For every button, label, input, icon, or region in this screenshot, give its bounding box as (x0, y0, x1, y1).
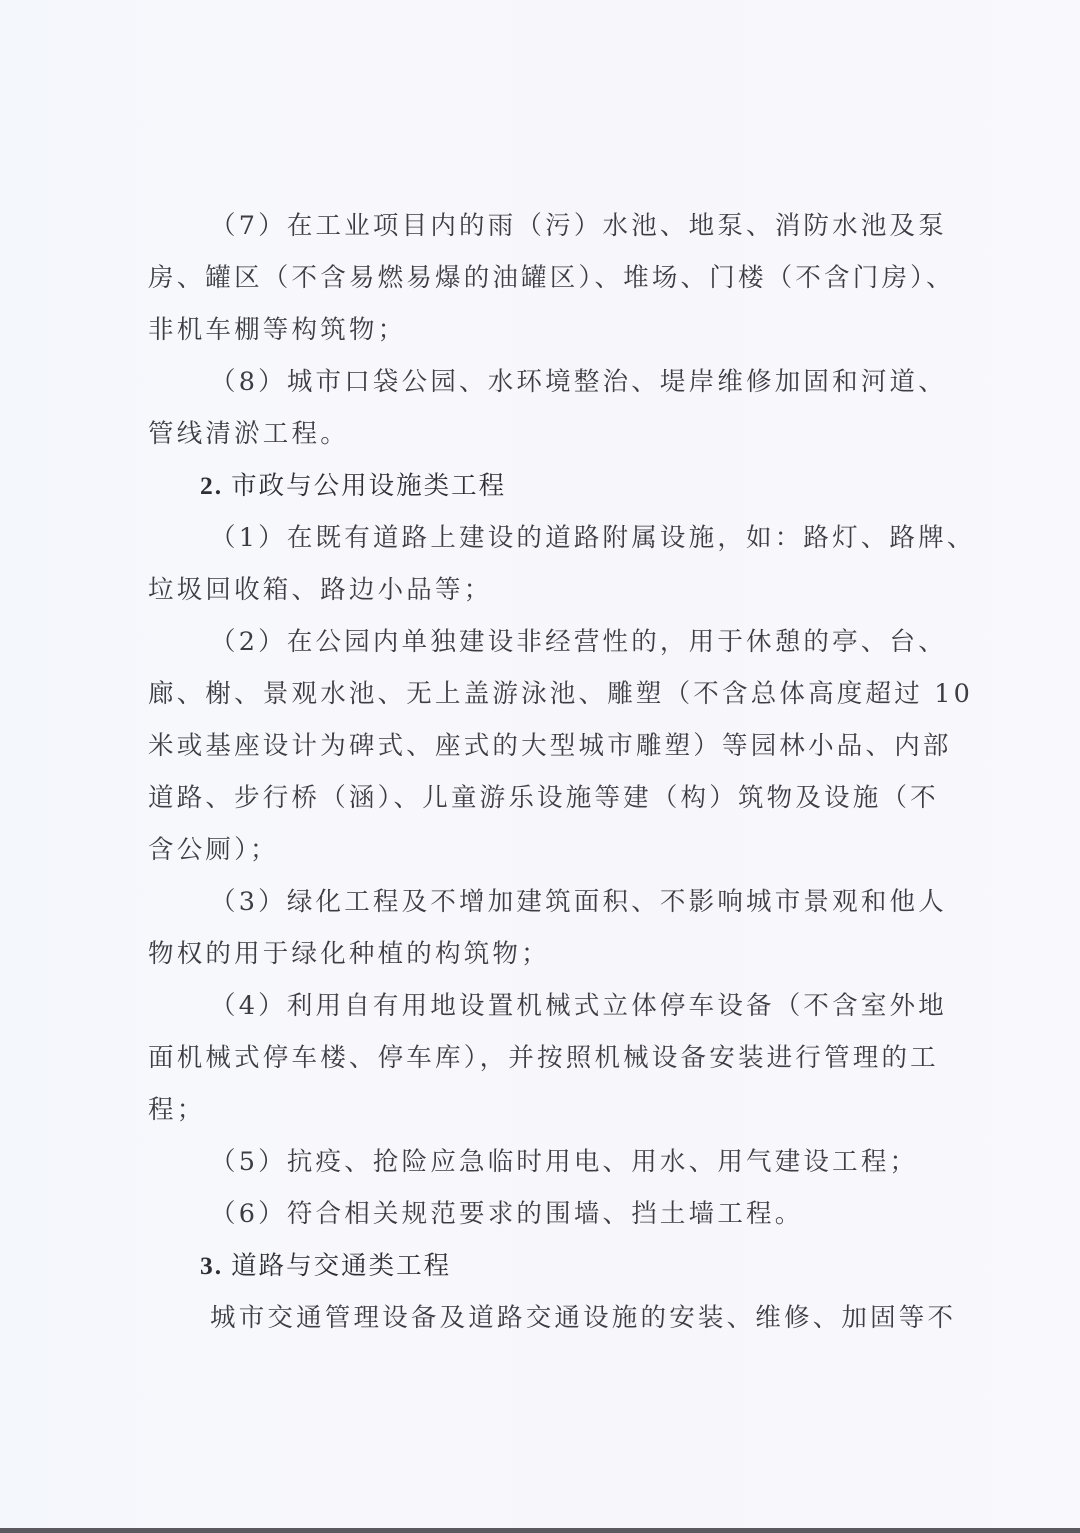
section-title: 道路与交通类工程 (231, 1251, 451, 1281)
paragraph-line: 面机械式停车楼、停车库），并按照机械设备安装进行管理的工 (148, 1032, 939, 1084)
paragraph-line: 米或基座设计为碑式、座式的大型城市雕塑）等园林小品、内部 (148, 720, 952, 772)
paragraph-line: 含公厕）； (148, 824, 279, 876)
paragraph-line: （2）在公园内单独建设非经营性的，用于休憩的亭、台、 (210, 616, 947, 668)
paragraph-line: 物权的用于绿化种植的构筑物； (148, 928, 550, 980)
paragraph-line: 程； (148, 1084, 205, 1136)
page-bottom-edge (0, 1528, 1080, 1533)
section-heading: 3.道路与交通类工程 (200, 1240, 451, 1292)
paragraph-line: 道路、步行桥（涵）、儿童游乐设施等建（构）筑物及设施（不 (148, 772, 939, 824)
paragraph-line: 房、罐区（不含易燃易爆的油罐区）、堆场、门楼（不含门房）、 (148, 252, 955, 304)
paragraph-line: （6）符合相关规范要求的围墙、挡土墙工程。 (210, 1188, 803, 1240)
paragraph-line: （3）绿化工程及不增加建筑面积、不影响城市景观和他人 (210, 876, 947, 928)
paragraph-line: 管线清淤工程。 (148, 408, 349, 460)
paragraph-line: （7）在工业项目内的雨（污）水池、地泵、消防水池及泵 (210, 200, 947, 252)
section-number: 2. (200, 471, 223, 500)
scanned-page: （7）在工业项目内的雨（污）水池、地泵、消防水池及泵 房、罐区（不含易燃易爆的油… (0, 0, 1080, 1528)
paragraph-line: （5）抗疫、抢险应急临时用电、用水、用气建设工程； (210, 1136, 918, 1188)
section-heading: 2.市政与公用设施类工程 (200, 460, 506, 512)
paragraph-line: （8）城市口袋公园、水环境整治、堤岸维修加固和河道、 (210, 356, 947, 408)
paragraph-line: 非机车棚等构筑物； (148, 304, 406, 356)
section-number: 3. (200, 1251, 223, 1280)
paragraph-line: 垃圾回收箱、路边小品等； (148, 564, 492, 616)
paragraph-line: 廊、榭、景观水池、无上盖游泳池、雕塑（不含总体高度超过 10 (148, 668, 973, 720)
paragraph-line: （1）在既有道路上建设的道路附属设施，如：路灯、路牌、 (210, 512, 976, 564)
paragraph-line: 城市交通管理设备及道路交通设施的安装、维修、加固等不 (210, 1292, 956, 1344)
section-title: 市政与公用设施类工程 (231, 471, 506, 501)
paragraph-line: （4）利用自有用地设置机械式立体停车设备（不含室外地 (210, 980, 947, 1032)
